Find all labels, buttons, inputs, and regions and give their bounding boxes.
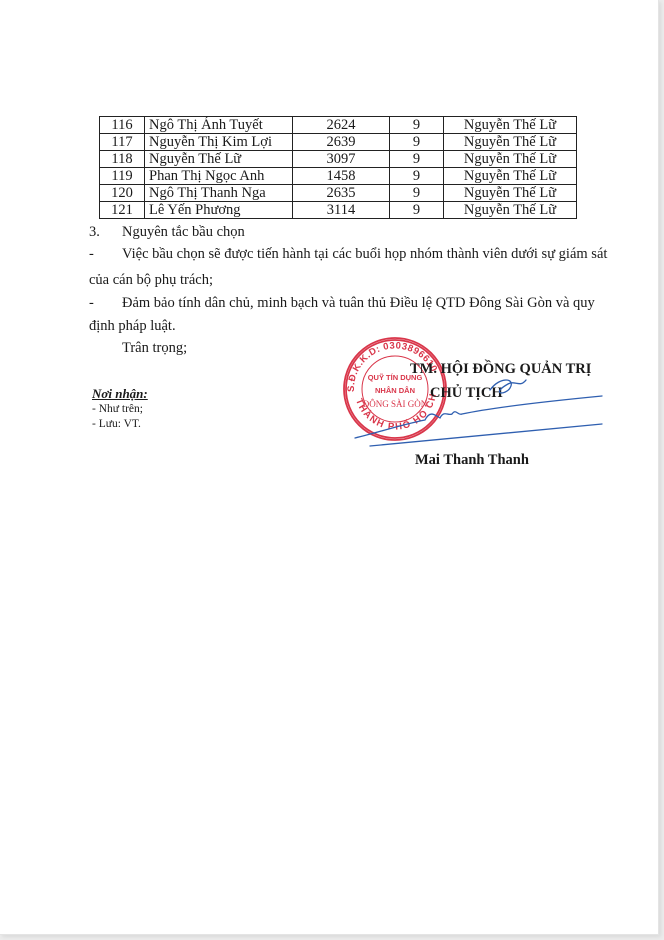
- group-leader: Nguyễn Thế Lữ: [444, 151, 577, 168]
- recipient-item: - Như trên;: [92, 403, 143, 415]
- group-leader: Nguyễn Thế Lữ: [444, 117, 577, 134]
- member-code: 3114: [293, 202, 390, 219]
- rule-2-line-1: Đảm bảo tính dân chủ, minh bạch và tuân …: [122, 295, 589, 312]
- table-row: 118Nguyễn Thế Lữ30979Nguyễn Thế Lữ: [100, 151, 577, 168]
- row-number: 119: [100, 168, 145, 185]
- recipients-title: Nơi nhận:: [92, 386, 148, 402]
- group-number: 9: [390, 202, 444, 219]
- member-name: Nguyễn Thế Lữ: [145, 151, 293, 168]
- row-number: 116: [100, 117, 145, 134]
- group-number: 9: [390, 134, 444, 151]
- group-leader: Nguyễn Thế Lữ: [444, 202, 577, 219]
- group-leader: Nguyễn Thế Lữ: [444, 134, 577, 151]
- member-code: 2624: [293, 117, 390, 134]
- signer-name: Mai Thanh Thanh: [415, 452, 529, 469]
- table-row: 116Ngô Thị Ánh Tuyết26249Nguyễn Thế Lữ: [100, 117, 577, 134]
- rule-1-line-1: Việc bầu chọn sẽ được tiến hành tại các …: [122, 246, 589, 263]
- member-name: Nguyễn Thị Kim Lợi: [145, 134, 293, 151]
- member-table: 116Ngô Thị Ánh Tuyết26249Nguyễn Thế Lữ11…: [99, 116, 577, 219]
- closing-text: Trân trọng;: [122, 340, 187, 357]
- table-row: 121Lê Yến Phương31149Nguyễn Thế Lữ: [100, 202, 577, 219]
- row-number: 120: [100, 185, 145, 202]
- handwritten-signature-icon: [340, 370, 610, 450]
- table-row: 120Ngô Thị Thanh Nga26359Nguyễn Thế Lữ: [100, 185, 577, 202]
- member-name: Lê Yến Phương: [145, 202, 293, 219]
- group-number: 9: [390, 168, 444, 185]
- bullet-dash: -: [89, 246, 94, 263]
- member-code: 1458: [293, 168, 390, 185]
- row-number: 118: [100, 151, 145, 168]
- member-code: 3097: [293, 151, 390, 168]
- member-name: Ngô Thị Thanh Nga: [145, 185, 293, 202]
- document-page: 116Ngô Thị Ánh Tuyết26249Nguyễn Thế Lữ11…: [0, 0, 659, 935]
- group-number: 9: [390, 185, 444, 202]
- table-row: 117Nguyễn Thị Kim Lợi26399Nguyễn Thế Lữ: [100, 134, 577, 151]
- group-number: 9: [390, 151, 444, 168]
- group-number: 9: [390, 117, 444, 134]
- member-name: Ngô Thị Ánh Tuyết: [145, 117, 293, 134]
- row-number: 121: [100, 202, 145, 219]
- rule-1-line-2: của cán bộ phụ trách;: [89, 272, 213, 289]
- rule-2-line-2: định pháp luật.: [89, 318, 176, 335]
- recipient-item: - Lưu: VT.: [92, 418, 141, 430]
- member-code: 2639: [293, 134, 390, 151]
- member-name: Phan Thị Ngọc Anh: [145, 168, 293, 185]
- table-row: 119Phan Thị Ngọc Anh14589Nguyễn Thế Lữ: [100, 168, 577, 185]
- row-number: 117: [100, 134, 145, 151]
- section-title: Nguyên tắc bầu chọn: [122, 224, 245, 241]
- member-code: 2635: [293, 185, 390, 202]
- group-leader: Nguyễn Thế Lữ: [444, 185, 577, 202]
- section-number: 3.: [89, 224, 100, 241]
- bullet-dash: -: [89, 295, 94, 312]
- group-leader: Nguyễn Thế Lữ: [444, 168, 577, 185]
